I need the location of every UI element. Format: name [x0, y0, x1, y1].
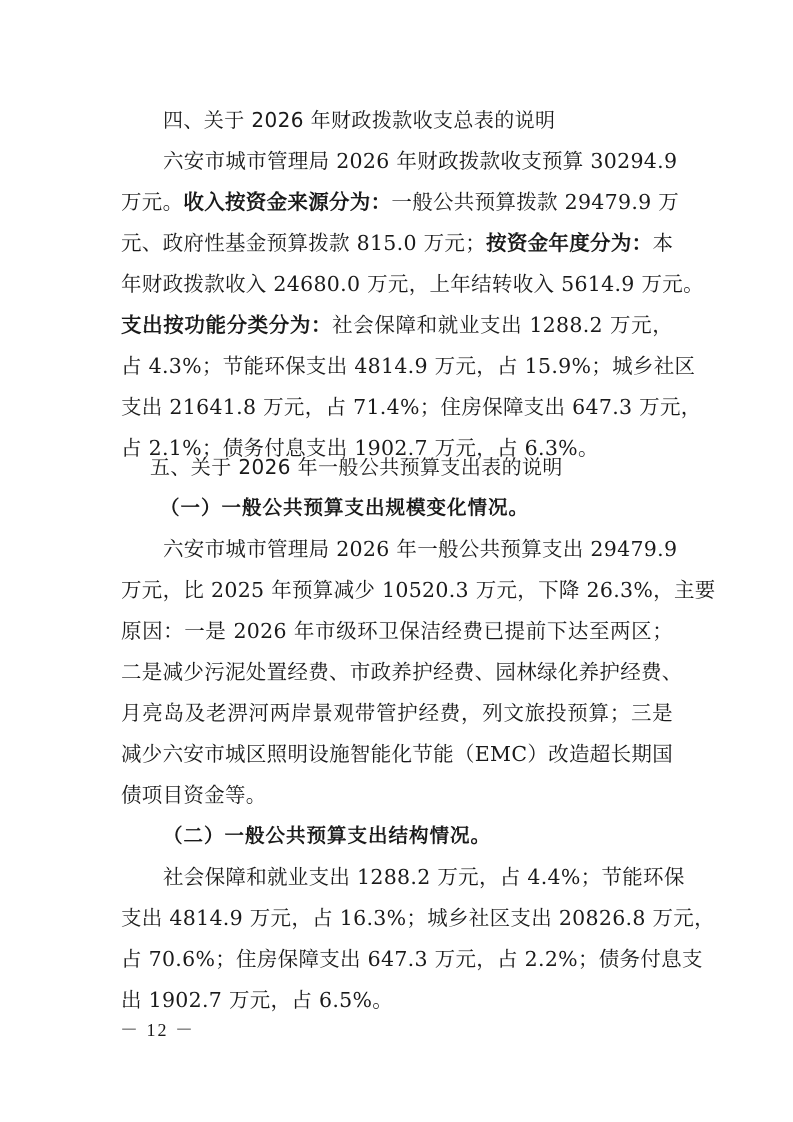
paragraph-line: 万元。收入按资金来源分为：一般公共预算拨款 29479.9 万: [121, 188, 673, 216]
paragraph-line: 占 70.6%；住房保障支出 647.3 万元，占 2.2%；债务付息支: [121, 945, 673, 973]
paragraph-line: 二是减少污泥处置经费、市政养护经费、园林绿化养护经费、: [121, 658, 673, 686]
bold-keyword: 收入按资金来源分为：: [183, 190, 391, 214]
section-5-heading: 五、关于 2026 年一般公共预算支出表的说明: [150, 453, 563, 481]
paragraph-line: 债项目资金等。: [121, 781, 673, 809]
paragraph-line: 减少六安市城区照明设施智能化节能（EMC）改造超长期国: [121, 740, 673, 768]
paragraph-line: 年财政拨款收入 24680.0 万元，上年结转收入 5614.9 万元。: [121, 270, 673, 298]
document-page: 四、关于 2026 年财政拨款收支总表的说明 六安市城市管理局 2026 年财政…: [0, 0, 793, 1122]
paragraph-line: 六安市城市管理局 2026 年一般公共预算支出 29479.9: [163, 535, 673, 563]
page-number: － 12 －: [120, 1016, 195, 1042]
paragraph-line: 支出按功能分类分为：社会保障和就业支出 1288.2 万元，: [121, 311, 673, 339]
paragraph-line: 原因：一是 2026 年市级环卫保洁经费已提前下达至两区；: [121, 617, 673, 645]
paragraph-line: 出 1902.7 万元，占 6.5%。: [121, 986, 673, 1014]
subsection-1-heading: （一）一般公共预算支出规模变化情况。: [160, 494, 529, 522]
bold-keyword: 按资金年度分为：: [486, 231, 652, 255]
text-run: 一般公共预算拨款 29479.9 万: [391, 190, 679, 214]
paragraph-line: 元、政府性基金预算拨款 815.0 万元；按资金年度分为：本: [121, 229, 673, 257]
paragraph-line: 六安市城市管理局 2026 年财政拨款收支预算 30294.9: [163, 147, 673, 175]
bold-keyword: 支出按功能分类分为：: [121, 313, 332, 337]
paragraph-line: 月亮岛及老淠河两岸景观带管护经费，列文旅投预算；三是: [121, 699, 673, 727]
paragraph-line: 支出 21641.8 万元，占 71.4%；住房保障支出 647.3 万元，: [121, 393, 673, 421]
paragraph-line: 支出 4814.9 万元，占 16.3%；城乡社区支出 20826.8 万元，: [121, 904, 673, 932]
text-run: 本: [652, 231, 673, 255]
text-run: 占 4.3%；节能环保支出 4814.9 万元，占 15.9%；城乡社区: [121, 354, 695, 378]
paragraph-line: 万元，比 2025 年预算减少 10520.3 万元，下降 26.3%，主要: [121, 576, 673, 604]
text-run: 年财政拨款收入 24680.0 万元，上年结转收入 5614.9 万元。: [121, 272, 704, 296]
text-run: 六安市城市管理局 2026 年财政拨款收支预算 30294.9: [163, 149, 677, 173]
text-run: 社会保障和就业支出 1288.2 万元，: [332, 313, 673, 337]
text-run: 支出 21641.8 万元，占 71.4%；住房保障支出 647.3 万元，: [121, 395, 702, 419]
subsection-2-heading: （二）一般公共预算支出结构情况。: [163, 822, 491, 850]
paragraph-line: 占 4.3%；节能环保支出 4814.9 万元，占 15.9%；城乡社区: [121, 352, 673, 380]
text-run: 万元。: [121, 190, 183, 214]
paragraph-line: 社会保障和就业支出 1288.2 万元，占 4.4%；节能环保: [163, 863, 673, 891]
section-4-heading: 四、关于 2026 年财政拨款收支总表的说明: [163, 106, 555, 134]
text-run: 元、政府性基金预算拨款 815.0 万元；: [121, 231, 486, 255]
